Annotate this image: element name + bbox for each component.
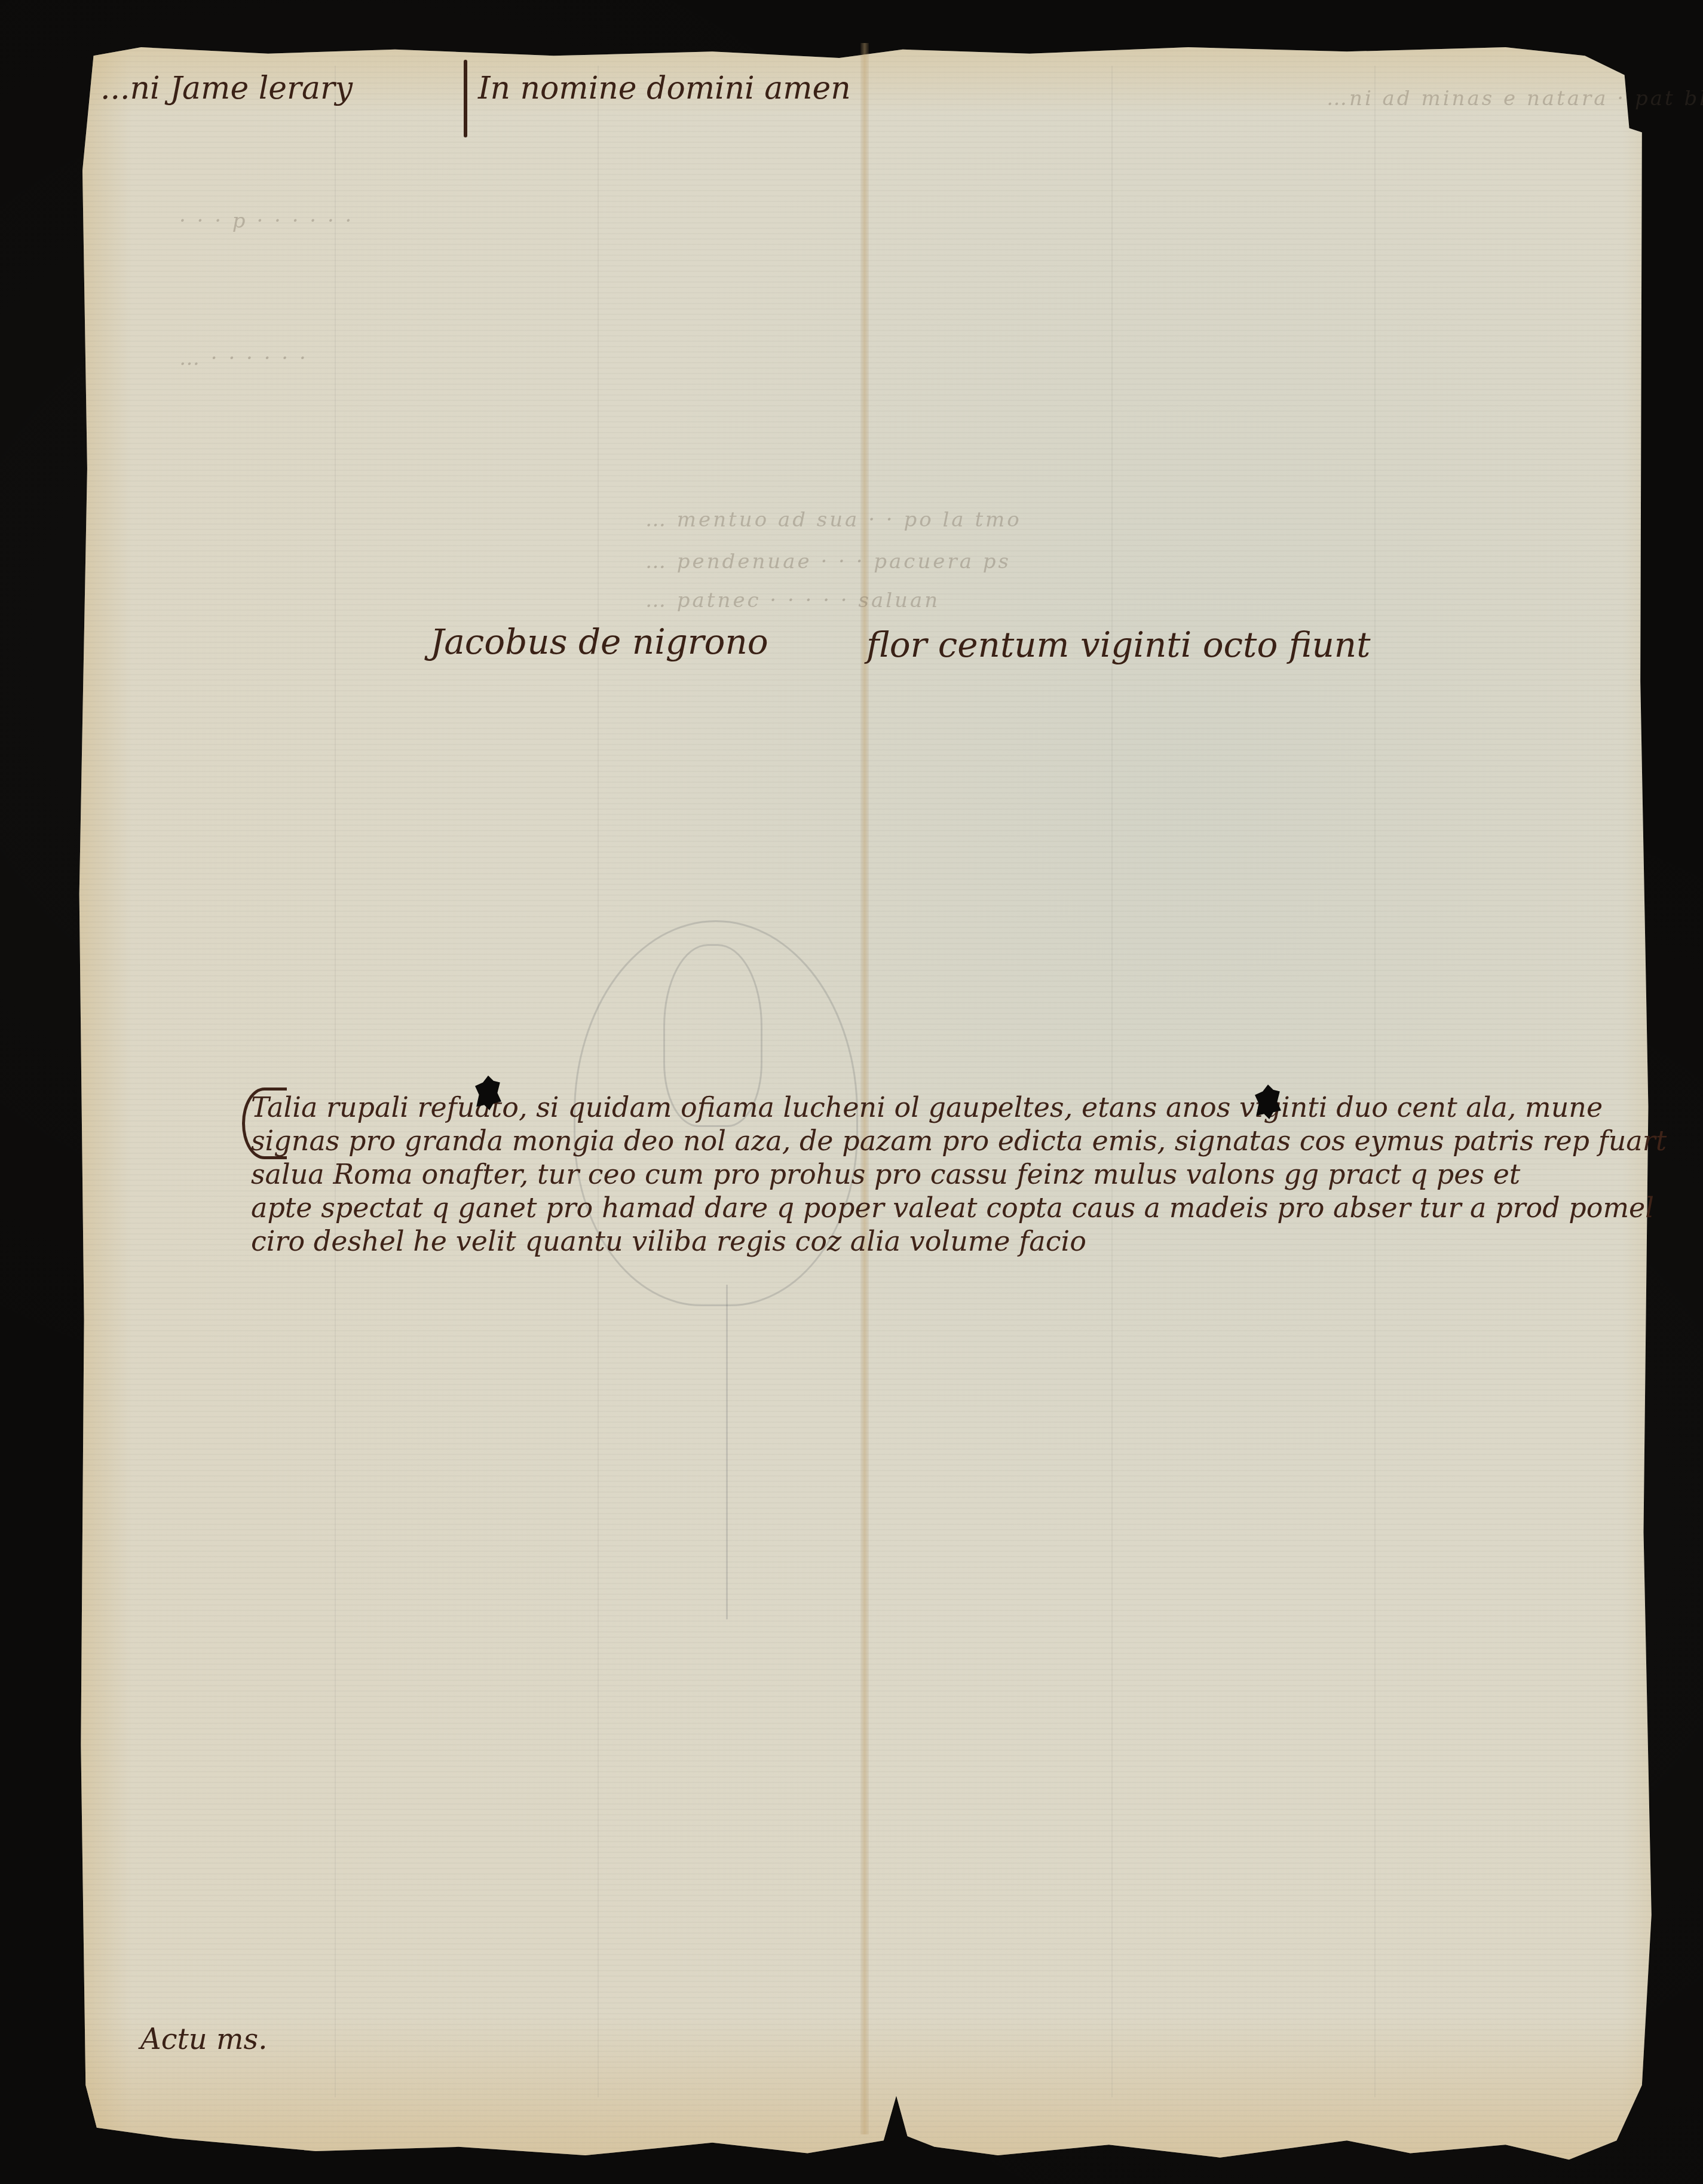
header-invocation: In nomine domini amen (478, 71, 851, 106)
main-paragraph: Talia rupali refuato, si quidam ofiama l… (251, 1091, 1583, 1258)
paragraph-line: salua Roma onafter, tur ceo cum pro proh… (251, 1157, 1583, 1191)
bleed-through-text: … pendenuae · · · pacuera ps (645, 550, 1011, 574)
paragraph-line: ciro deshel he velit quantu viliba regis… (251, 1224, 1583, 1258)
center-fold (860, 43, 869, 2134)
header-left-inscription: ...ni Jame lerary (100, 71, 353, 106)
bleed-through-text: … mentuo ad sua · · po la tmo (645, 508, 1022, 532)
paragraph-line: Talia rupali refuato, si quidam ofiama l… (251, 1091, 1583, 1124)
paragraph-line: apte spectat q ganet pro hamad dare q po… (251, 1191, 1583, 1224)
chain-line (335, 66, 336, 2097)
footer-note: Actu ms. (140, 2023, 267, 2056)
bleed-through-text: … · · · · · · (179, 347, 308, 370)
watermark-stem (726, 1285, 728, 1619)
paragraph-line: signas pro granda mongia deo nol aza, de… (251, 1124, 1583, 1157)
bleed-through-text: · · · p · · · · · · (179, 209, 354, 233)
entry-name: Jacobus de nigrono (430, 621, 768, 662)
bleed-through-text: …ni ad minas e natara · pat bl · (1327, 87, 1703, 111)
chain-line (1111, 66, 1113, 2097)
bleed-through-text: … patnec · · · · · saluan (645, 589, 940, 612)
header-flourish (464, 60, 467, 137)
chain-line (1374, 66, 1376, 2097)
entry-amount: flor centum viginti octo fiunt (866, 624, 1370, 665)
